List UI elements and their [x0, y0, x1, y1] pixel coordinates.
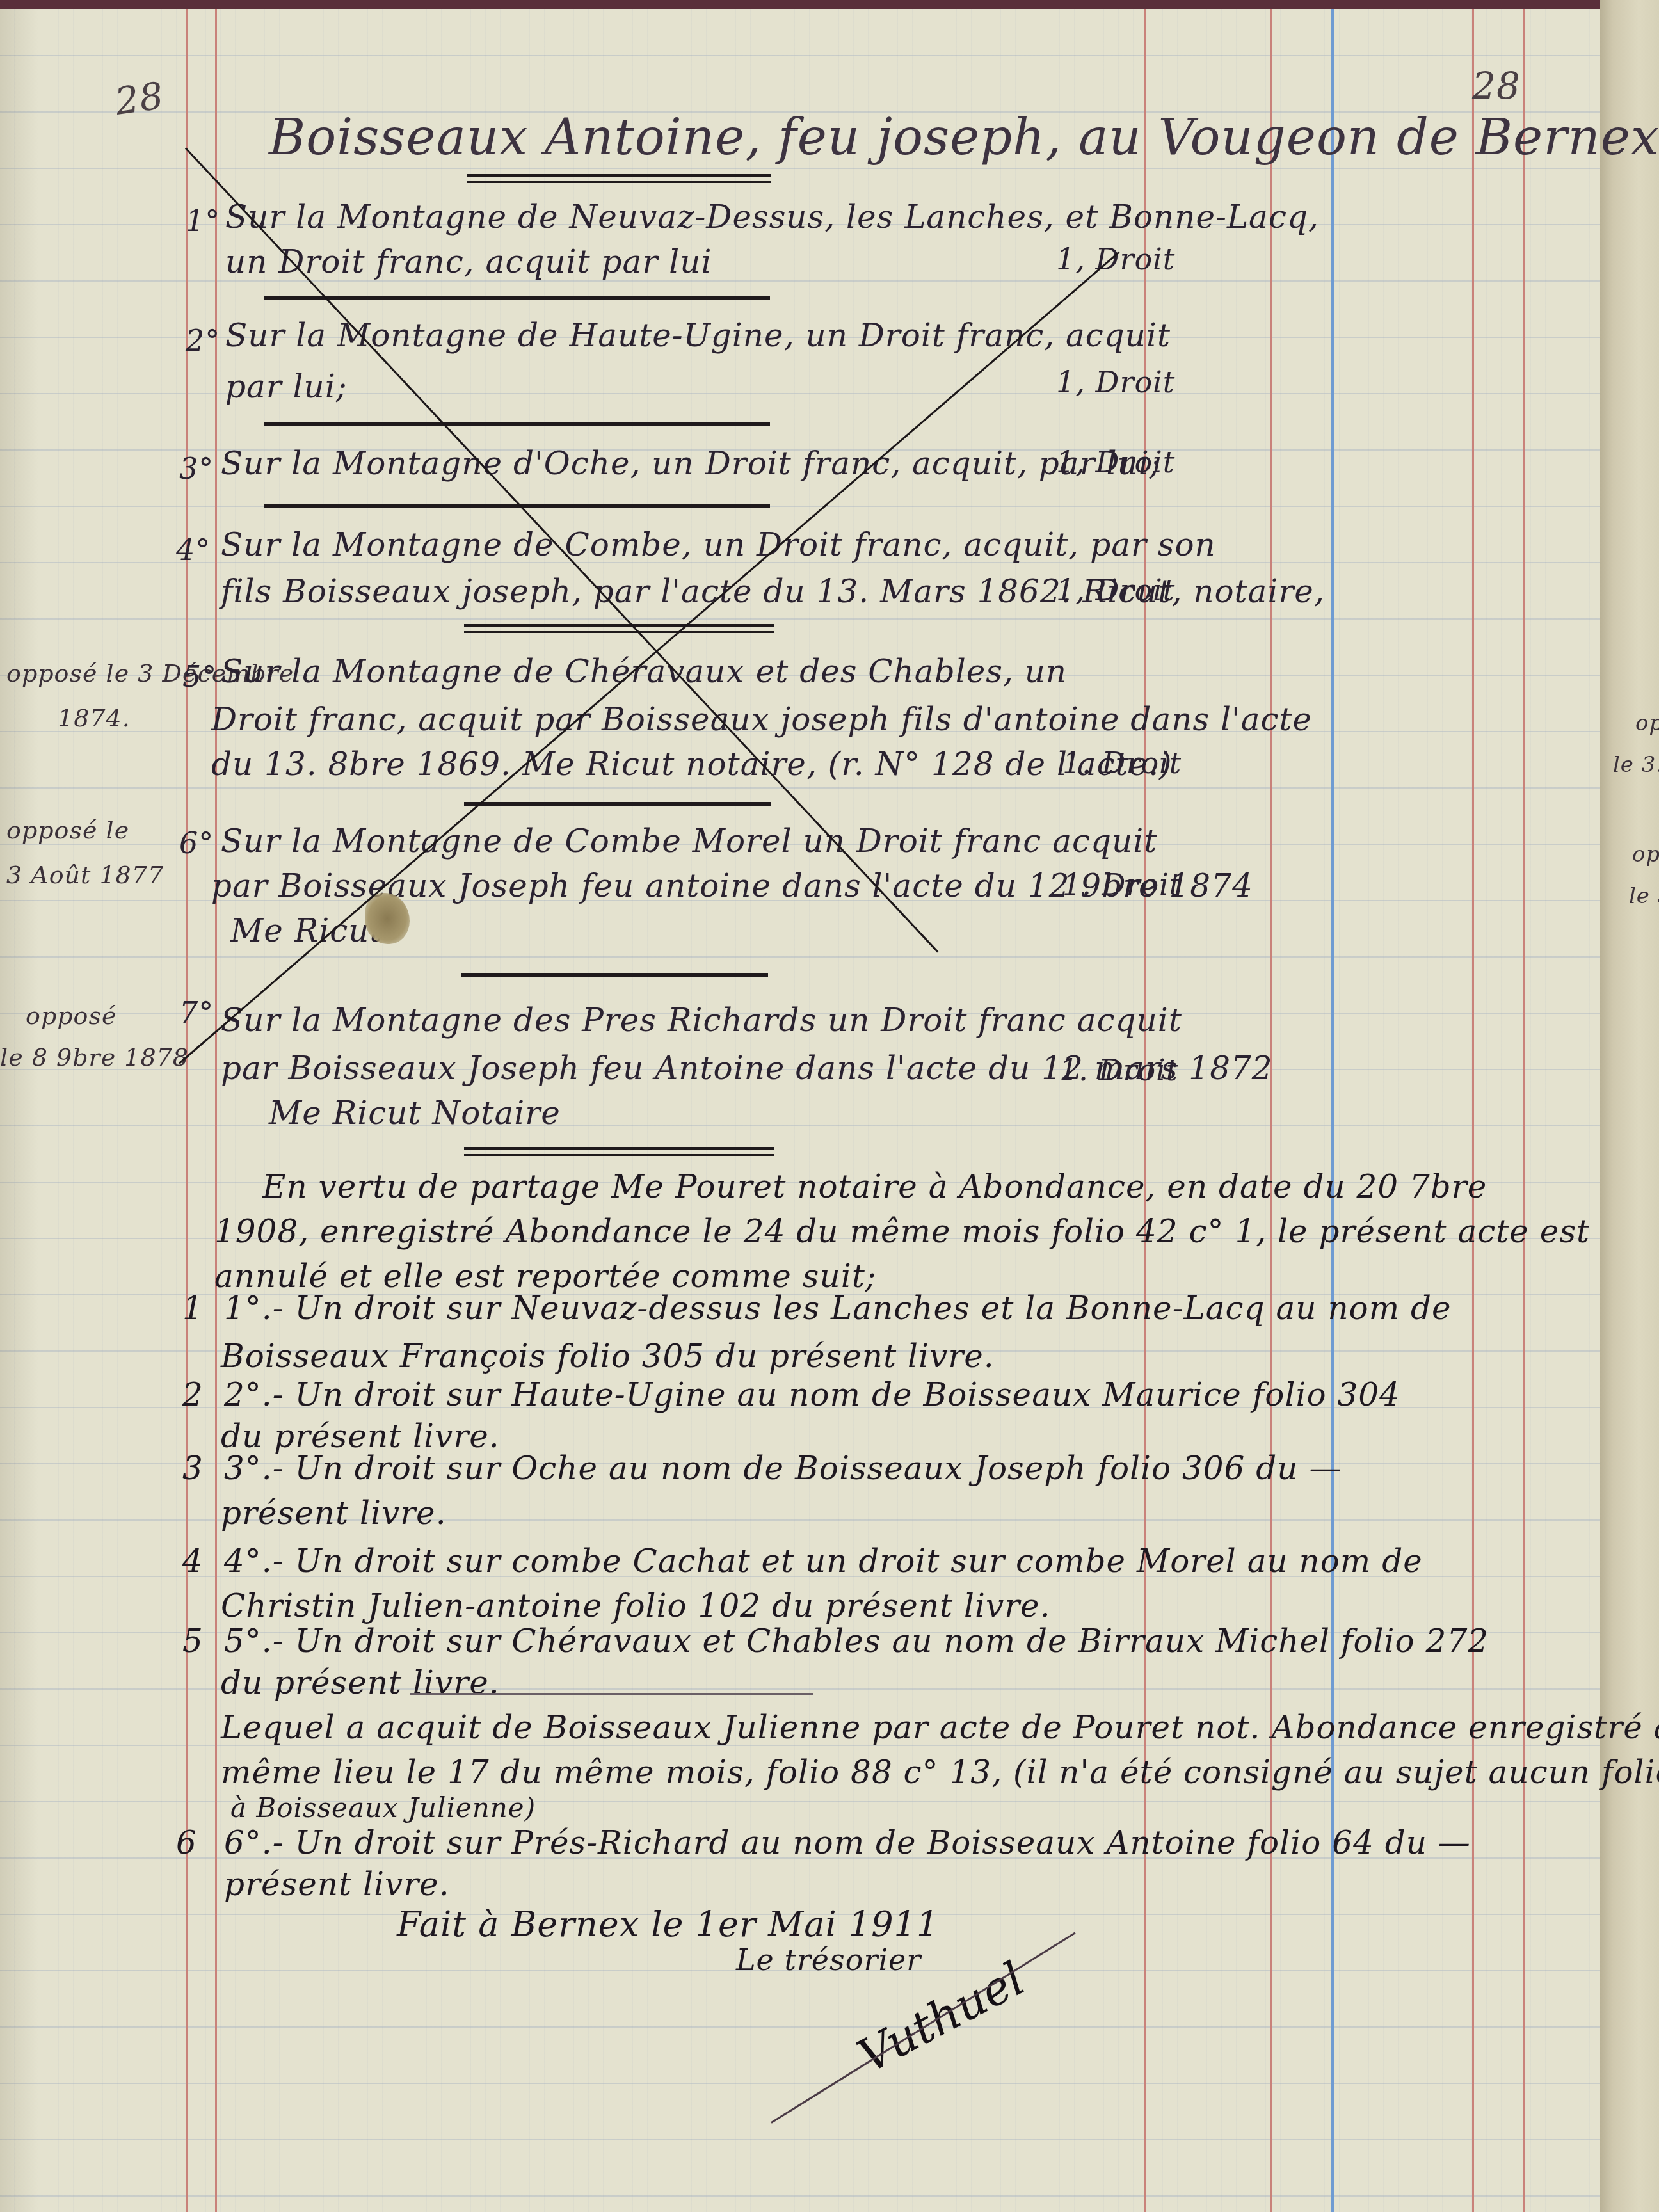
adjacent-page-fragment: le 3	[1629, 883, 1659, 909]
entry-line: Me Ricut Notaire	[269, 1094, 561, 1132]
partition-intro-line: 1908, enregistré Abondance le 24 du même…	[214, 1213, 1590, 1250]
page-top-edge	[0, 0, 1659, 9]
partition-item-line: du présent livre.	[221, 1664, 500, 1701]
partition-item-line: présent livre.	[224, 1866, 450, 1903]
entry-number: 4°	[176, 533, 211, 567]
column-rule-4	[1523, 9, 1525, 2212]
partition-note-line: même lieu le 17 du même mois, folio 88 c…	[221, 1754, 1659, 1791]
folio-number-right: 28	[1472, 64, 1521, 108]
partition-item-line: 5°.- Un droit sur Chéravaux et Chables a…	[224, 1623, 1489, 1660]
partition-item-line: Christin Julien-antoine folio 102 du pré…	[221, 1587, 1051, 1624]
entry-number: 2°	[186, 323, 220, 358]
closing-place-date: Fait à Bernex le 1er Mai 1911	[397, 1904, 939, 1944]
partition-margin-number: 3	[182, 1450, 204, 1487]
entry-separator	[464, 1147, 774, 1156]
entry-line: du 13. 8bre 1869. Me Ricut notaire, (r. …	[211, 746, 1173, 783]
partition-note-line: à Boisseaux Julienne)	[230, 1792, 536, 1823]
partition-note-line: Lequel a acquit de Boisseaux Julienne pa…	[221, 1709, 1659, 1746]
entry-line: Sur la Montagne de Haute-Ugine, un Droit…	[225, 317, 1171, 354]
entry-line: par lui;	[225, 368, 348, 405]
entry-line: Sur la Montagne de Chéravaux et des Chab…	[221, 653, 1067, 690]
entry-right-value: 1, Droit	[1056, 445, 1175, 479]
margin-note: 3 Août 1877	[6, 861, 164, 889]
closing-role: Le trésorier	[736, 1943, 921, 1977]
entry-separator	[264, 296, 770, 300]
adjacent-page-fragment: le 3.	[1613, 752, 1659, 778]
entry-number: 1°	[186, 204, 220, 238]
partition-item-line: 4°.- Un droit sur combe Cachat et un dro…	[224, 1543, 1423, 1580]
partition-item-line: 6°.- Un droit sur Prés-Richard au nom de…	[224, 1824, 1471, 1861]
partition-margin-number: 5	[182, 1623, 204, 1660]
title-underline	[467, 174, 771, 183]
entry-line: Droit franc, acquit par Boisseaux joseph…	[211, 701, 1312, 738]
margin-note: le 8 9bre 1878	[0, 1043, 189, 1071]
entry-right-value: 1. Droit	[1062, 746, 1182, 780]
margin-note: opposé	[26, 1002, 116, 1030]
entry-line: Sur la Montagne de Neuvaz-Dessus, les La…	[225, 198, 1319, 236]
entry-number: 3°	[179, 451, 214, 486]
adjacent-page-fragment: opp	[1632, 842, 1659, 867]
ledger-page: 28 28 Boisseaux Antoine, feu joseph, au …	[0, 0, 1659, 2212]
margin-note: 1874.	[58, 704, 131, 732]
margin-note: opposé le	[6, 816, 129, 844]
entry-separator	[461, 973, 768, 977]
entry-separator	[264, 422, 770, 426]
entry-line: un Droit franc, acquit par lui	[225, 243, 712, 280]
entry-number: 5°	[182, 659, 217, 694]
account-holder-title: Boisseaux Antoine, feu joseph, au Vougeo…	[269, 109, 1659, 166]
partition-item-line: Boisseaux François folio 305 du présent …	[221, 1338, 995, 1375]
column-rule-3	[1472, 9, 1474, 2212]
column-rule-blue	[1331, 9, 1334, 2212]
partition-margin-number: 2	[182, 1376, 204, 1413]
partition-item-line: 2°.- Un droit sur Haute-Ugine au nom de …	[224, 1376, 1400, 1413]
note-separator	[410, 1693, 813, 1695]
entry-separator	[264, 504, 770, 508]
entry-line: Me Ricut	[230, 912, 383, 949]
entry-separator	[464, 802, 771, 806]
partition-intro-line: En vertu de partage Me Pouret notaire à …	[262, 1168, 1487, 1205]
entry-line: Sur la Montagne de Combe Morel un Droit …	[221, 822, 1157, 860]
column-rule-2	[1270, 9, 1272, 2212]
partition-item-line: 3°.- Un droit sur Oche au nom de Boissea…	[224, 1450, 1342, 1487]
entry-right-value: 1. Droit	[1062, 867, 1182, 902]
entry-right-value: 1, Droit	[1056, 573, 1175, 607]
partition-margin-number: 1	[182, 1290, 204, 1327]
folio-number-left: 28	[113, 74, 167, 124]
entry-right-value: 1. Droit	[1059, 1053, 1178, 1087]
adjacent-page-fragment: opp	[1635, 710, 1659, 736]
partition-margin-number: 4	[182, 1543, 204, 1580]
entry-number: 7°	[179, 995, 214, 1030]
entry-number: 6°	[179, 826, 214, 860]
entry-right-value: 1, Droit	[1056, 242, 1175, 276]
entry-line: Sur la Montagne des Pres Richards un Dro…	[221, 1002, 1182, 1039]
partition-margin-number: 6	[176, 1824, 197, 1861]
entry-right-value: 1, Droit	[1056, 365, 1175, 399]
entry-line: Sur la Montagne d'Oche, un Droit franc, …	[221, 445, 1160, 482]
partition-item-line: présent livre.	[221, 1495, 447, 1532]
entry-separator	[464, 624, 774, 633]
book-gutter	[1600, 0, 1659, 2212]
entry-line: Sur la Montagne de Combe, un Droit franc…	[221, 526, 1216, 563]
partition-item-line: 1°.- Un droit sur Neuvaz-dessus les Lanc…	[224, 1290, 1452, 1327]
